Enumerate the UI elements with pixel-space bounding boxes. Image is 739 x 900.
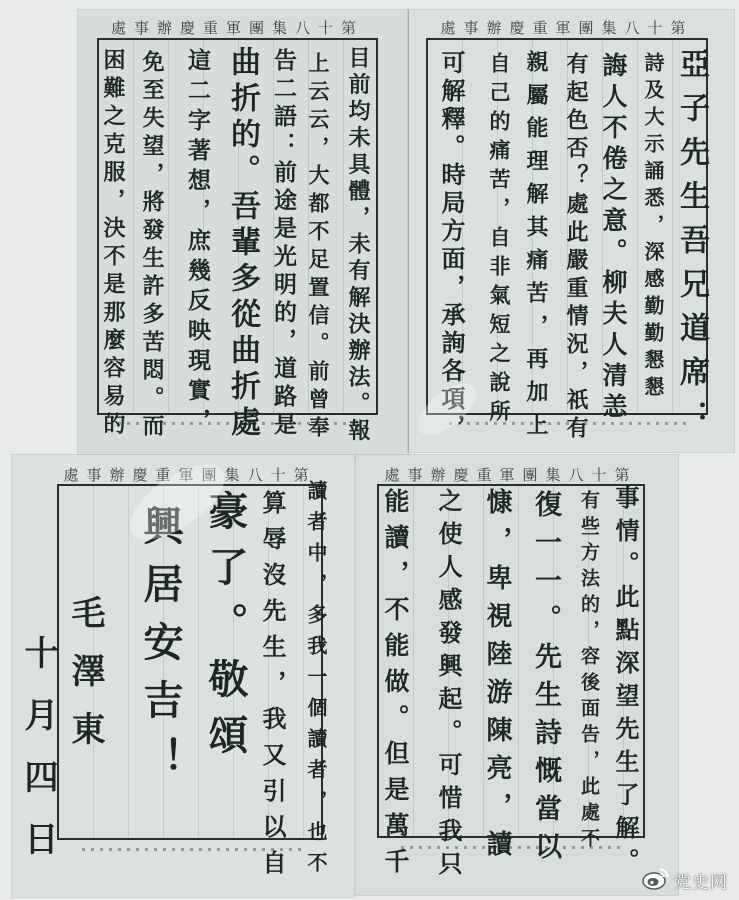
- letterhead-title: 第十八集團軍重慶辦事處: [377, 464, 645, 485]
- letterhead-title: 第十八集團軍重慶辦事處: [57, 464, 323, 485]
- handwriting-column: 可解釋。時局方面，承詢各項，: [439, 50, 463, 442]
- handwriting-column: 告二語：前途是光明的，道路是: [272, 48, 295, 440]
- handwriting-column: 曲折的。吾輩多從曲折處: [227, 46, 257, 442]
- letter-page-1: 第十八集團軍重慶辦事處 亞子先生吾兄道席： 詩及大示誦悉，深感勤勤懇懇 誨人不倦…: [408, 10, 734, 452]
- handwriting-column: 困難之克服，決不是那麼容易的: [102, 48, 124, 440]
- weibo-icon: [642, 866, 670, 894]
- handwriting-column: 豪了。敬頌: [205, 490, 245, 770]
- signature: 毛澤東: [68, 595, 102, 769]
- handwriting-column: 親屬能理解其痛苦，再加上: [525, 50, 547, 446]
- source-watermark: 党史网: [642, 866, 728, 894]
- letter-date: 十月四日: [21, 635, 55, 883]
- handwriting-column: 有些方法的，容後面告，此處不: [579, 490, 598, 854]
- handwriting-column: 有起色否？處此嚴重情況，祇有: [565, 52, 587, 444]
- handwriting-column: 目前均未具體，未有解決辦法。報: [347, 46, 369, 445]
- handwriting-column: 免至失望，將發生許多苦悶。而: [141, 50, 163, 442]
- handwriting-column: 興居安吉！: [140, 505, 180, 795]
- handwriting-column: 慷，卑視陸游陳亮，讀: [484, 488, 510, 868]
- watermark-text: 党史网: [674, 868, 728, 893]
- handwriting-column: 詩及大示誦悉，深感勤勤懇懇: [643, 52, 663, 403]
- letter-page-4: 第十八集團軍重慶辦事處 讀者中，多我一個讀者，也不 算辱沒先生，我又引以自 豪了…: [12, 455, 354, 897]
- letterhead-title: 第十八集團軍重慶辦事處: [97, 17, 378, 38]
- handwriting-column: 誨人不倦之意。柳夫人清恙: [601, 52, 626, 424]
- handwriting-column: 這二字著想，庶幾反映現實，: [186, 48, 209, 438]
- handwriting-column: 能讀，不能做。但是萬千: [383, 488, 408, 884]
- handwriting-column: 算辱沒先生，我又引以自: [260, 490, 284, 886]
- handwriting-column: 復一一。先生詩慨當以: [532, 490, 559, 870]
- handwriting-column: 事情。此點深望先生了解。: [613, 485, 637, 881]
- handwriting-column: 亞子先生吾兄道席：: [676, 48, 706, 444]
- handwriting-column: 讀者中，多我一個讀者，也不: [306, 480, 326, 883]
- letterhead-title: 第十八集團軍重慶辦事處: [426, 17, 708, 38]
- handwriting-column: 之使人感發興起。可惜我只: [436, 488, 460, 884]
- letter-page-2: 第十八集團軍重慶辦事處 目前均未具體，未有解決辦法。報 上云云，大都不足置信。前…: [78, 10, 408, 457]
- handwriting-column: 上云云，大都不足置信。前曾奉: [308, 52, 329, 444]
- handwriting-column: 自己的痛苦，自非氣短之說所: [489, 52, 510, 429]
- letter-page-3: 第十八集團軍重慶辦事處 事情。此點深望先生了解。 有些方法的，容後面告，此處不 …: [356, 455, 678, 895]
